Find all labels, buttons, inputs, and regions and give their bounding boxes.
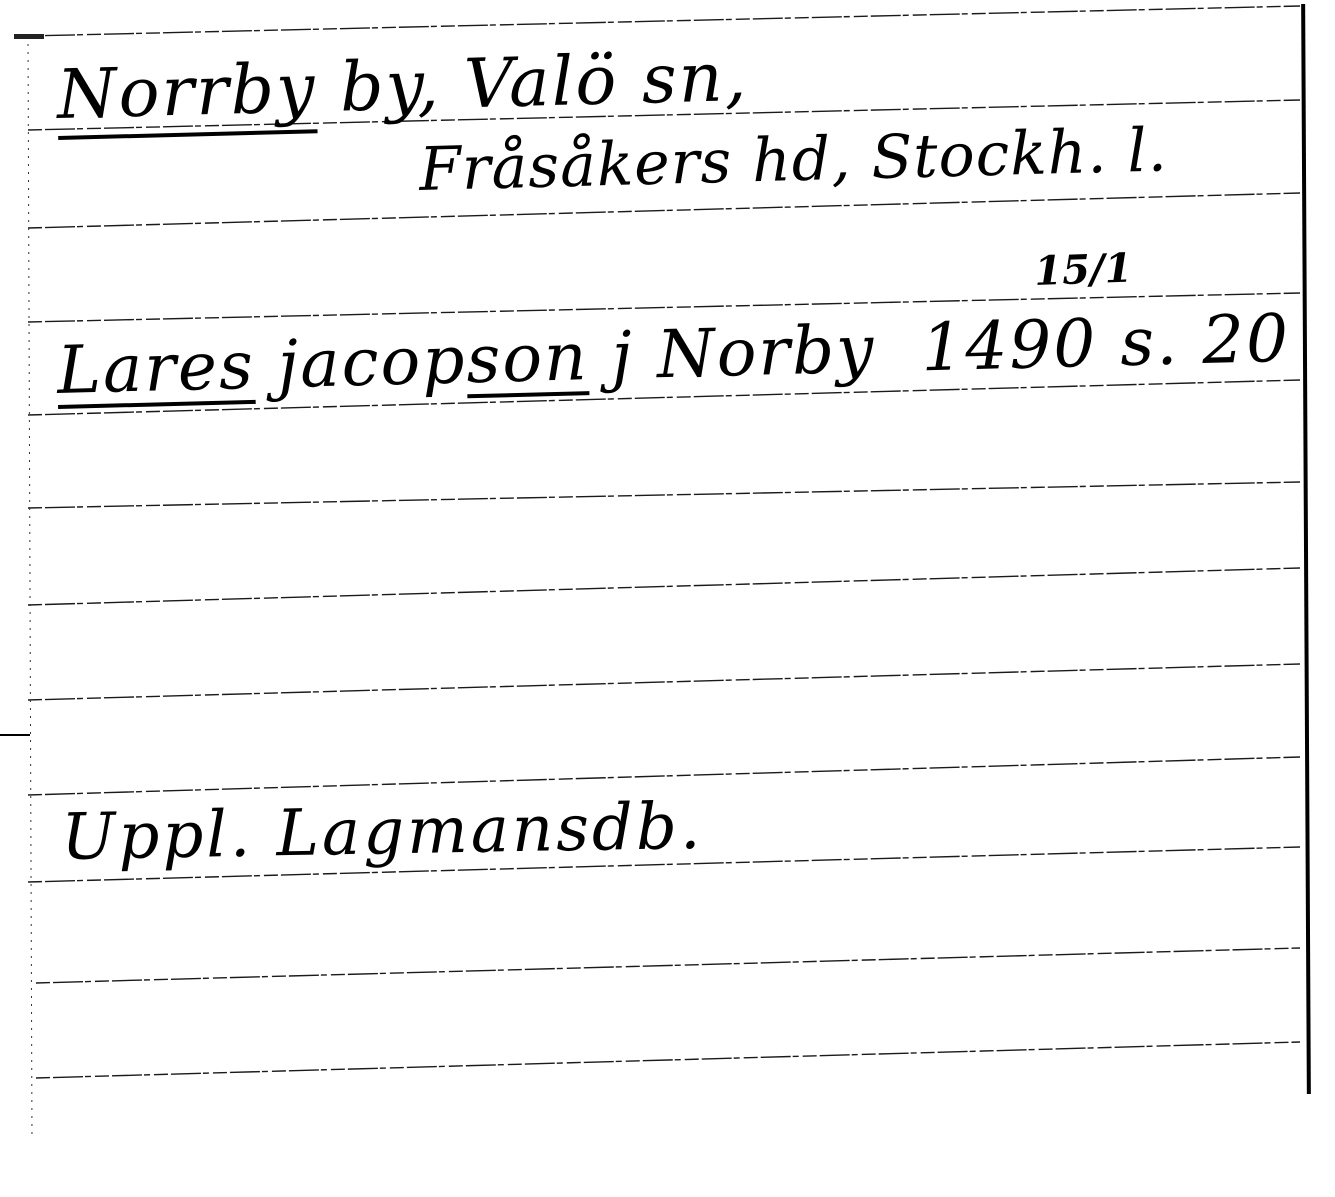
entry-last-name-prefix: jacop	[254, 321, 468, 404]
source-reference: Uppl. Lagmansdb.	[61, 795, 704, 870]
entry-first-name: Lares	[56, 327, 256, 409]
entry-year-ref: 1490 s. 20	[920, 300, 1291, 387]
card-heading: Norrby by, Valö sn,	[56, 44, 749, 130]
index-card: Norrby by, Valö sn, Fråsåkers hd, Stockh…	[0, 0, 1335, 1197]
entry-spacer	[874, 309, 922, 387]
entry-last-name-suffix: son	[465, 318, 589, 398]
card-subheading: Fråsåkers hd, Stockh. l.	[418, 120, 1168, 200]
date-fraction: 15/1	[1034, 249, 1133, 292]
heading-rest: by, Valö sn,	[315, 38, 749, 128]
entry-location: j Norby	[587, 311, 876, 395]
place-name: Norrby	[56, 49, 317, 135]
margin-mark	[0, 734, 30, 736]
